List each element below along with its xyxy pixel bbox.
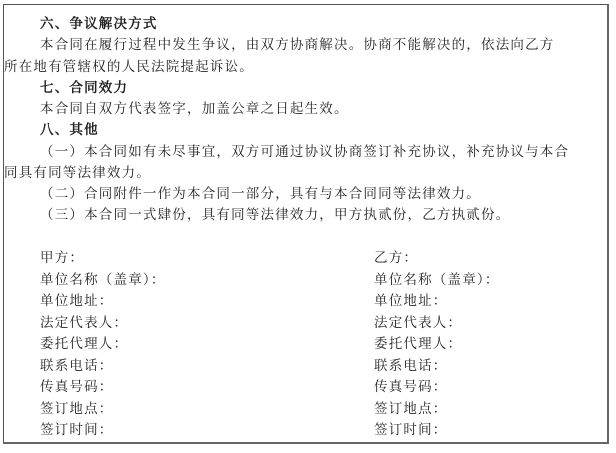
signature-field-label: 乙方：: [374, 248, 500, 270]
signature-field-label: 单位名称（盖章）：: [40, 270, 166, 292]
section-heading-dispute: 六、争议解决方式: [40, 14, 158, 36]
signature-field-label: 签订地点：: [40, 399, 166, 421]
signature-field-label: 委托代理人：: [374, 334, 500, 356]
signature-field-label: 委托代理人：: [40, 334, 166, 356]
section-heading-effect: 七、合同效力: [40, 78, 128, 100]
signature-field-label: 联系电话：: [40, 356, 166, 378]
paragraph-text: 本合同自双方代表签字，加盖公章之日起生效。: [40, 99, 349, 121]
signature-field-label: 传真号码：: [40, 377, 166, 399]
signature-field-label: 联系电话：: [374, 356, 500, 378]
paragraph-text: 本合同在履行过程中发生争议，由双方协商解决。协商不能解决的，依法向乙方: [40, 35, 555, 57]
signature-field-label: 签订地点：: [374, 399, 500, 421]
paragraph-text: （二）合同附件一作为本合同一部分，具有与本合同同等法律效力。: [40, 184, 481, 206]
party-a-signature-block: 甲方： 单位名称（盖章）： 单位地址： 法定代表人： 委托代理人： 联系电话： …: [40, 248, 166, 442]
paragraph-text: （一）本合同如有未尽事宜，双方可通过协议协商签订补充协议，补充协议与本合: [40, 142, 569, 164]
signature-field-label: 传真号码：: [374, 377, 500, 399]
paragraph-text: 所在地有管辖权的人民法院提起诉讼。: [4, 57, 254, 79]
signature-field-label: 甲方：: [40, 248, 166, 270]
signature-field-label: 法定代表人：: [374, 313, 500, 335]
section-heading-other: 八、其他: [40, 120, 99, 142]
signature-field-label: 单位地址：: [374, 291, 500, 313]
paragraph-text: （三）本合同一式肆份，具有同等法律效力，甲方执贰份，乙方执贰份。: [40, 205, 510, 227]
signature-field-label: 单位地址：: [40, 291, 166, 313]
signature-field-label: 签订时间：: [40, 420, 166, 442]
paragraph-text: 同具有同等法律效力。: [4, 163, 151, 185]
signature-field-label: 单位名称（盖章）：: [374, 270, 500, 292]
signature-field-label: 法定代表人：: [40, 313, 166, 335]
party-b-signature-block: 乙方： 单位名称（盖章）： 单位地址： 法定代表人： 委托代理人： 联系电话： …: [374, 248, 500, 442]
signature-field-label: 签订时间：: [374, 420, 500, 442]
